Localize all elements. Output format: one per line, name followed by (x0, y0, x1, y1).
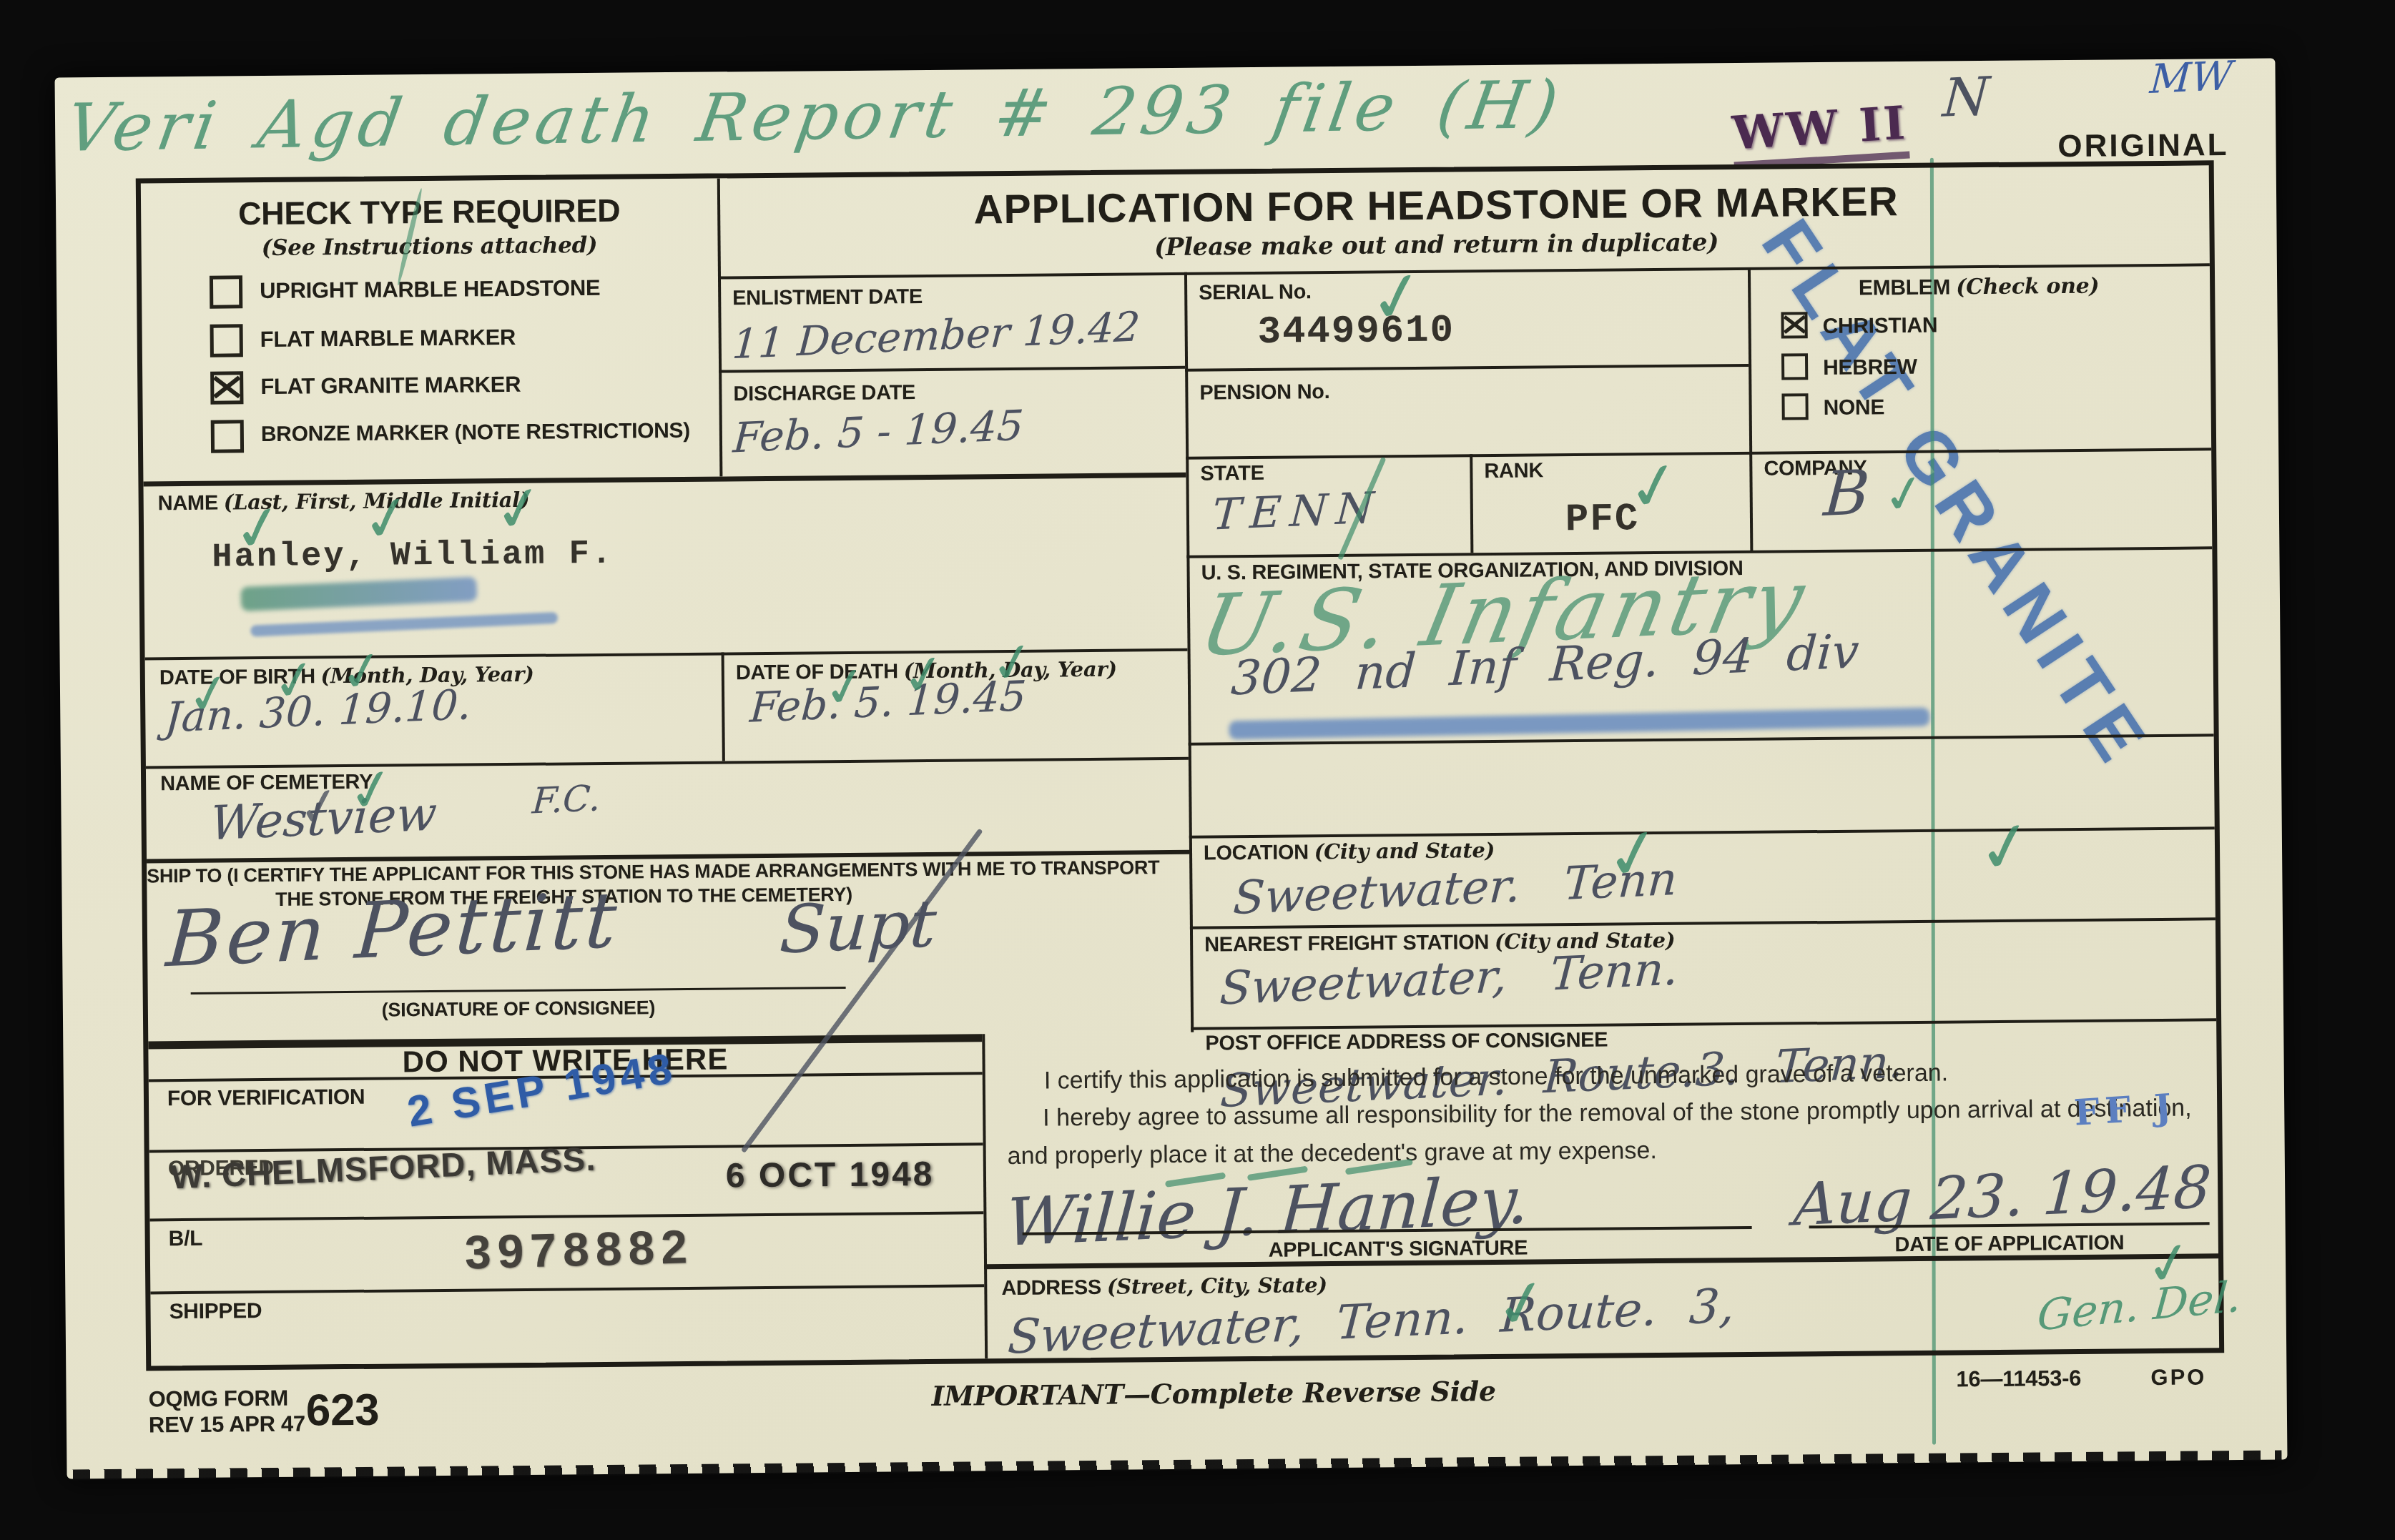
pension-no-label: PENSION No. (1199, 380, 1329, 405)
form-number-big: 623 (305, 1385, 379, 1436)
checkbox-none (1781, 393, 1808, 420)
gpo-label: GPO (2150, 1364, 2206, 1391)
mw-ink-mark: MW (2148, 53, 2233, 103)
checkbox-christian (1781, 312, 1807, 338)
crayon-underline-name-1 (240, 577, 477, 611)
important-note: IMPORTANT—Complete Reverse Side (931, 1375, 1496, 1412)
perforated-edge (72, 1450, 2281, 1480)
rank-label: RANK (1484, 459, 1543, 483)
address-label-text: ADDRESS (1001, 1276, 1101, 1300)
emblem-label: EMBLEM (Check one) (1748, 272, 2210, 302)
address-label: ADDRESS (Street, City, State) (1001, 1273, 1327, 1300)
dnw-for-verification-label: FOR VERIFICATION (167, 1085, 365, 1111)
dnw-shipped-label: SHIPPED (169, 1299, 262, 1324)
option-flat-granite-marker: FLAT GRANITE MARKER (260, 372, 521, 400)
green-checkmark: ✓ (819, 657, 872, 718)
ww2-stamp: WW II (1731, 97, 1910, 169)
original-label: ORIGINAL (2057, 127, 2229, 164)
green-checkmark: ✓ (985, 633, 1039, 694)
emblem-label-text: EMBLEM (1859, 275, 1950, 300)
state-label: STATE (1200, 462, 1264, 486)
crayon-underline-regiment (1229, 708, 1929, 740)
green-checkmark: ✓ (1622, 450, 1687, 523)
emblem-note-text: (Check one) (1956, 274, 2100, 300)
green-checkmark: ✓ (1600, 816, 1668, 894)
location-label-text: LOCATION (1204, 841, 1309, 864)
serial-no-label: SERIAL No. (1199, 280, 1312, 305)
pencil-n-mark: N (1941, 66, 1991, 129)
checkbox-flat-granite-marker (210, 371, 243, 404)
check-type-subtitle: (See Instructions attached) (141, 232, 717, 262)
ordered-place-stamp: W. CHELMSFORD, MASS. (170, 1139, 596, 1197)
green-checkmark: ✓ (182, 664, 236, 725)
green-checkmark: ✓ (1363, 260, 1432, 337)
green-checkmark: ✓ (268, 651, 322, 711)
company-value: B (1822, 457, 1872, 530)
consignee-signature: Ben Pettitt (164, 876, 621, 985)
form-paper: Veri Agd death Report # 293 file (H) WW … (55, 58, 2288, 1479)
green-margin-note: Veri Agd death Report # 293 file (H) (61, 66, 1568, 167)
name-label: NAME (Last, First, Middle Initial) (158, 488, 530, 516)
ordered-date-stamp: 6 OCT 1948 (726, 1155, 935, 1196)
option-bronze-marker: BRONZE MARKER (NOTE RESTRICTIONS) (261, 419, 690, 447)
pencil-checkmark: ✓ (293, 778, 345, 836)
option-flat-marble-marker: FLAT MARBLE MARKER (260, 325, 516, 352)
green-checkmark: ✓ (1490, 1268, 1555, 1341)
address-note-text: (Street, City, State) (1107, 1273, 1327, 1299)
dnw-bl-label: B/L (169, 1227, 203, 1251)
location-note-text: (City and State) (1314, 838, 1495, 864)
option-upright-marble-headstone: UPRIGHT MARBLE HEADSTONE (260, 275, 600, 304)
option-christian: CHRISTIAN (1822, 314, 1937, 339)
enlistment-date-value: 11 December 19.42 (731, 303, 1141, 368)
name-label-text: NAME (158, 492, 218, 515)
print-code: 16—11453-6 (1956, 1366, 2081, 1393)
discharge-date-value: Feb. 5 - 19.45 (732, 401, 1025, 463)
form-number-line1: OQMG FORM (148, 1386, 288, 1413)
bl-number-stamp: 3978882 (464, 1219, 694, 1279)
cemetery-pencil-note: F.C. (531, 777, 601, 821)
checkbox-flat-marble-marker (210, 324, 243, 357)
scanned-document: Veri Agd death Report # 293 file (H) WW … (0, 0, 2395, 1540)
green-checkmark: ✓ (489, 475, 551, 544)
discharge-date-label: DISCHARGE DATE (733, 381, 915, 406)
address-green-note: Gen. Del. (2035, 1272, 2243, 1341)
green-checkmark: ✓ (228, 494, 290, 563)
green-checkmark: ✓ (343, 758, 400, 823)
green-checkmark: ✓ (1972, 809, 2040, 887)
ffj-pencil-mark: FF J (2073, 1085, 2178, 1134)
option-hebrew: HEBREW (1823, 355, 1917, 380)
green-checkmark: ✓ (335, 641, 388, 702)
form-number-line2: REV 15 APR 47 (149, 1411, 305, 1438)
green-checkmark: ✓ (897, 645, 951, 706)
application-form: CHECK TYPE REQUIRED (See Instructions at… (136, 160, 2224, 1371)
checkbox-upright-marble-headstone (210, 275, 242, 308)
rank-value: PFC (1565, 498, 1640, 542)
green-checkmark: ✓ (357, 485, 418, 554)
checkbox-hebrew (1781, 353, 1808, 380)
consignee-caption: (SIGNATURE OF CONSIGNEE) (191, 995, 846, 1023)
green-checkmark: ✓ (1879, 465, 1930, 523)
check-type-title: CHECK TYPE REQUIRED (141, 192, 717, 234)
consignee-title: Supt (777, 885, 938, 969)
enlistment-date-label: ENLISTMENT DATE (732, 285, 923, 310)
location-label: LOCATION (City and State) (1204, 838, 1495, 866)
checkbox-bronze-marker (211, 420, 244, 453)
option-none: NONE (1823, 395, 1884, 420)
crayon-underline-name-2 (250, 612, 558, 637)
